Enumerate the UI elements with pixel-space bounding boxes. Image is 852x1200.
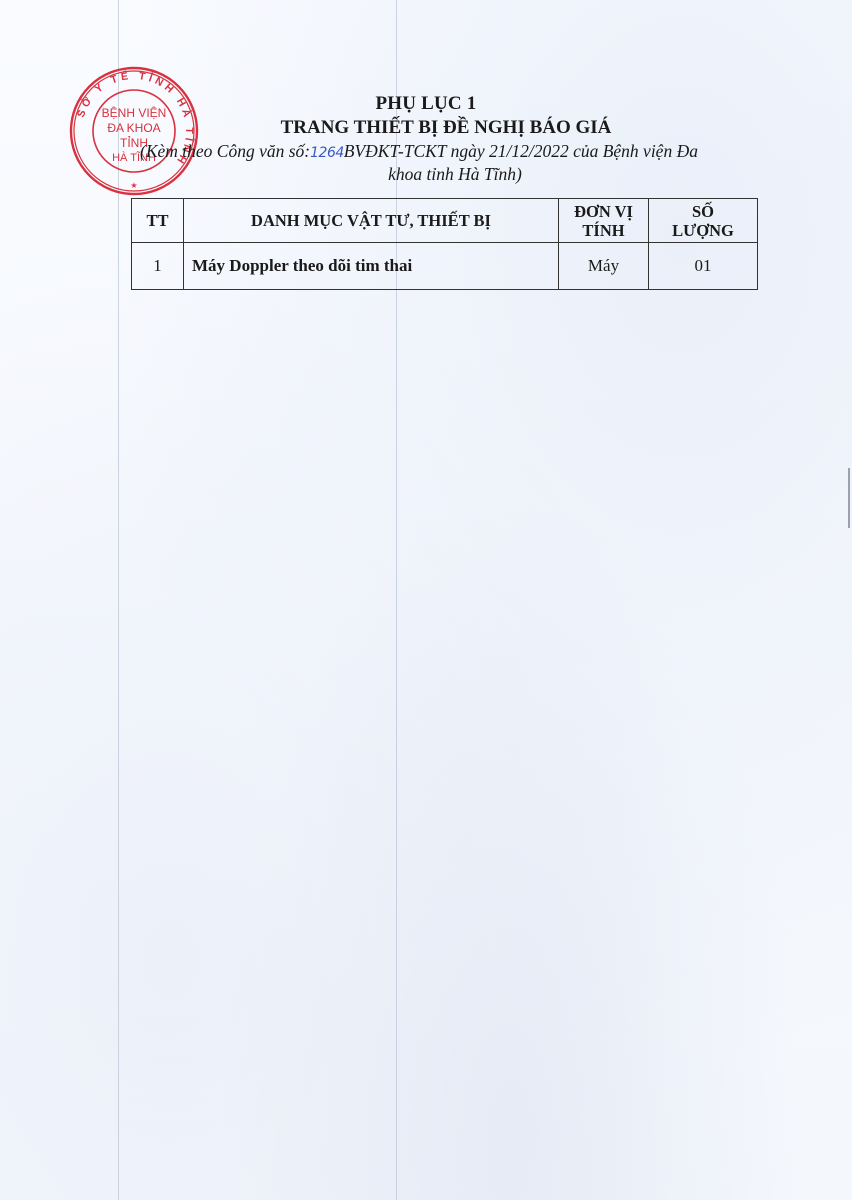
reference-note-line-1: (Kèm theo Công văn số:1264BVĐKT-TCKT ngà… bbox=[140, 141, 698, 162]
scan-edge-mark bbox=[848, 468, 850, 528]
header-unit-line-2: TÍNH bbox=[582, 221, 624, 240]
header-quantity: SỐ LƯỢNG bbox=[649, 199, 758, 243]
row-tt: 1 bbox=[132, 243, 184, 290]
header-qty-line-2: LƯỢNG bbox=[672, 221, 734, 240]
appendix-title: PHỤ LỤC 1 bbox=[0, 93, 852, 115]
row-quantity: 01 bbox=[649, 243, 758, 290]
header-unit: ĐƠN VỊ TÍNH bbox=[559, 199, 649, 243]
header-unit-line-1: ĐƠN VỊ bbox=[574, 202, 633, 221]
row-unit: Máy bbox=[559, 243, 649, 290]
row-item-name: Máy Doppler theo dõi tim thai bbox=[184, 243, 559, 290]
table-row: 1 Máy Doppler theo dõi tim thai Máy 01 bbox=[132, 243, 758, 290]
handwritten-document-number: 1264 bbox=[310, 145, 344, 161]
header-qty-line-1: SỐ bbox=[692, 202, 714, 221]
appendix-subtitle: TRANG THIẾT BỊ ĐỀ NGHỊ BÁO GIÁ bbox=[0, 117, 852, 139]
note-prefix: (Kèm theo Công văn số: bbox=[140, 141, 310, 161]
header-item-name: DANH MỤC VẬT TƯ, THIẾT BỊ bbox=[184, 199, 559, 243]
table-header-row: TT DANH MỤC VẬT TƯ, THIẾT BỊ ĐƠN VỊ TÍNH… bbox=[132, 199, 758, 243]
header-tt: TT bbox=[132, 199, 184, 243]
note-suffix: BVĐKT-TCKT ngày 21/12/2022 của Bệnh viện… bbox=[344, 141, 698, 161]
reference-note-line-2: khoa tỉnh Hà Tĩnh) bbox=[0, 164, 852, 185]
equipment-table: TT DANH MỤC VẬT TƯ, THIẾT BỊ ĐƠN VỊ TÍNH… bbox=[131, 198, 758, 290]
